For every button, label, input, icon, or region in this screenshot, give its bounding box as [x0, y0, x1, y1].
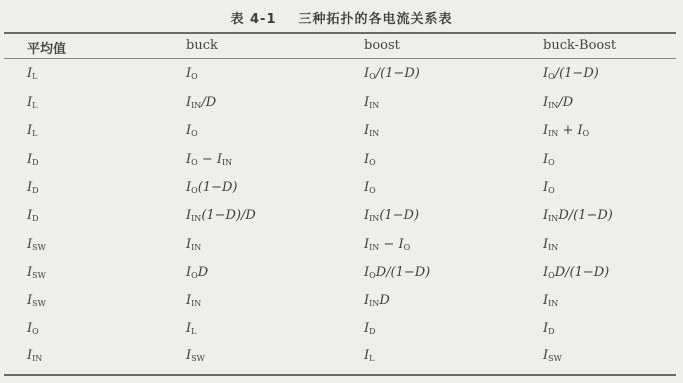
cell-boost: IL — [364, 348, 374, 363]
table-row: ISWIODIOD/(1−D)IOD/(1−D) — [0, 265, 683, 285]
cell-buck: IO(1−D) — [186, 180, 237, 195]
cell-buck: IIN/D — [186, 95, 216, 110]
header-buck-boost: buck-Boost — [543, 38, 616, 53]
cell-buck: IO — [186, 123, 198, 138]
cell-buck-boost: IO — [543, 180, 555, 195]
cell-average: ID — [27, 152, 39, 167]
table-row: ISWIINIINDIIN — [0, 293, 683, 313]
cell-average: IL — [27, 95, 37, 110]
cell-average: IIN — [27, 348, 42, 363]
cell-boost: IOD/(1−D) — [364, 265, 430, 280]
table-title: 三种拓扑的各电流关系表 — [299, 12, 453, 27]
cell-buck-boost: ISW — [543, 348, 562, 363]
table-row: ILIIN/DIINIIN/D — [0, 95, 683, 115]
header-rule — [4, 58, 676, 59]
cell-boost: IIN − IO — [364, 237, 410, 252]
table-row: IINISWILISW — [0, 348, 683, 368]
cell-boost: IIN — [364, 95, 379, 110]
table-row: ILIOIINIIN + IO — [0, 123, 683, 143]
cell-buck: IIN(1−D)/D — [186, 208, 256, 223]
cell-boost: IO — [364, 180, 376, 195]
cell-buck-boost: IIN/D — [543, 95, 573, 110]
bottom-rule — [4, 374, 676, 376]
cell-boost: IO — [364, 152, 376, 167]
cell-buck: IIN — [186, 293, 201, 308]
header-buck: buck — [186, 38, 218, 53]
cell-average: ID — [27, 180, 39, 195]
table-number: 表 4-1 — [230, 12, 276, 27]
cell-boost: ID — [364, 321, 376, 336]
cell-boost: IIN(1−D) — [364, 208, 419, 223]
table-row: IDIO(1−D)IOIO — [0, 180, 683, 200]
cell-average: IL — [27, 66, 37, 81]
table-row: IDIO − IINIOIO — [0, 152, 683, 172]
cell-buck-boost: IO — [543, 152, 555, 167]
cell-buck-boost: IIN — [543, 293, 558, 308]
cell-boost: IO/(1−D) — [364, 66, 420, 81]
cell-average: IL — [27, 123, 37, 138]
table-caption: 表 4-1三种拓扑的各电流关系表 — [0, 8, 683, 27]
cell-buck-boost: ID — [543, 321, 555, 336]
cell-buck: IO − IIN — [186, 152, 232, 167]
table-row: IOILIDID — [0, 321, 683, 341]
cell-average: ISW — [27, 293, 46, 308]
cell-average: ID — [27, 208, 39, 223]
cell-buck-boost: IIN + IO — [543, 123, 589, 138]
cell-buck-boost: IIN — [543, 237, 558, 252]
cell-average: ISW — [27, 265, 46, 280]
cell-boost: IIN — [364, 123, 379, 138]
cell-buck: IL — [186, 321, 196, 336]
table-row: ISWIINIIN − IOIIN — [0, 237, 683, 257]
cell-average: ISW — [27, 237, 46, 252]
cell-buck: ISW — [186, 348, 205, 363]
cell-buck-boost: IIND/(1−D) — [543, 208, 613, 223]
cell-buck-boost: IOD/(1−D) — [543, 265, 609, 280]
top-rule — [4, 32, 676, 34]
header-boost: boost — [364, 38, 400, 53]
cell-boost: IIND — [364, 293, 390, 308]
cell-average: IO — [27, 321, 39, 336]
header-average: 平均值 — [27, 38, 66, 57]
cell-buck: IIN — [186, 237, 201, 252]
cell-buck: IO — [186, 66, 198, 81]
table-row: IDIIN(1−D)/DIIN(1−D)IIND/(1−D) — [0, 208, 683, 228]
cell-buck-boost: IO/(1−D) — [543, 66, 599, 81]
table-row: ILIOIO/(1−D)IO/(1−D) — [0, 66, 683, 86]
cell-buck: IOD — [186, 265, 208, 280]
